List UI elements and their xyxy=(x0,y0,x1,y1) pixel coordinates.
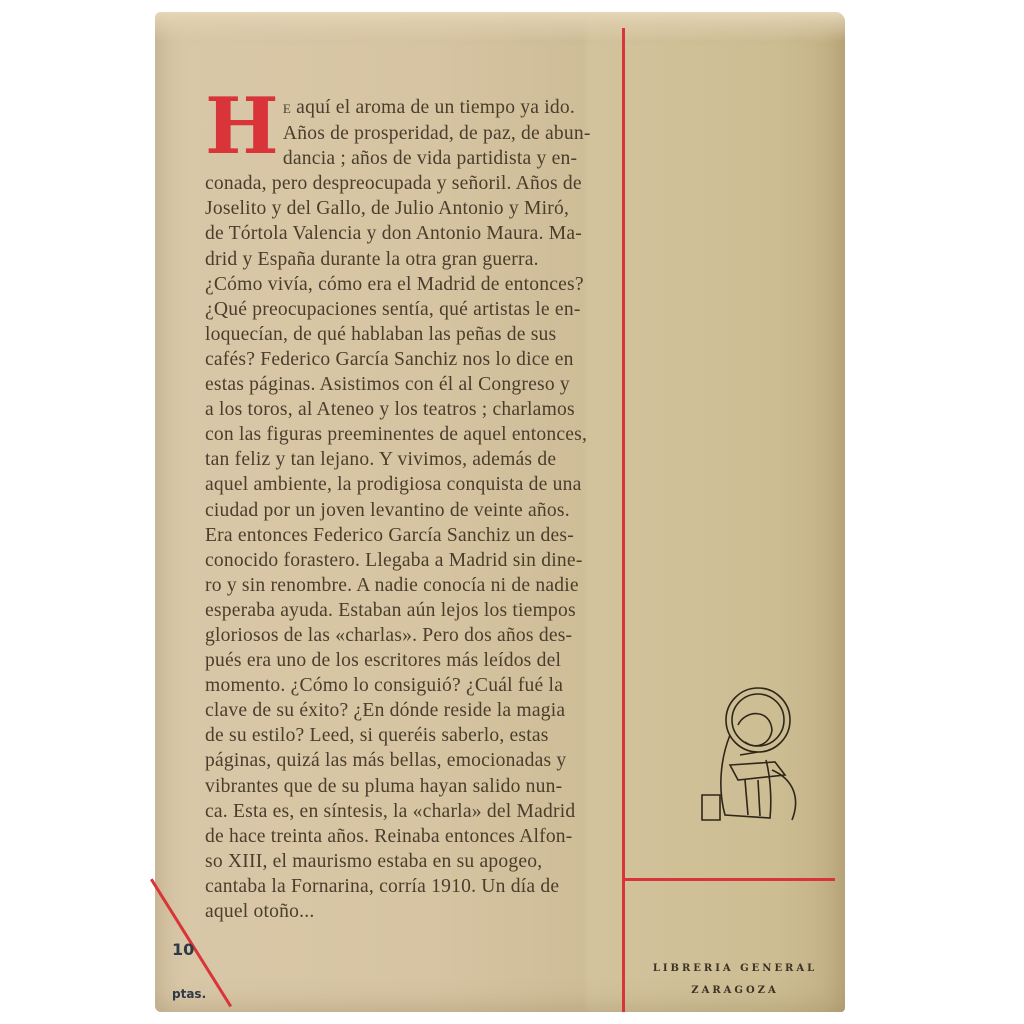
blurb-line: momento. ¿Cómo lo consiguió? ¿Cuál fué l… xyxy=(205,673,615,698)
blurb-line: loquecían, de qué hablaban las peñas de … xyxy=(205,322,615,347)
blurb-line: clave de su éxito? ¿En dónde reside la m… xyxy=(205,698,615,723)
blurb-line: pués era uno de los escritores más leído… xyxy=(205,648,615,673)
blurb-line: Joselito y del Gallo, de Julio Antonio y… xyxy=(205,196,615,221)
blurb-line: vibrantes que de su pluma hayan salido n… xyxy=(205,774,615,799)
publisher-city: ZARAGOZA xyxy=(640,980,830,1002)
blurb-line: esperaba ayuda. Estaban aún lejos los ti… xyxy=(205,598,615,623)
blurb-line: ciudad por un joven levantino de veinte … xyxy=(205,498,615,523)
blurb-text: H E aquí el aroma de un tiempo ya ido. A… xyxy=(205,95,615,924)
blurb-line: gloriosos de las «charlas». Pero dos año… xyxy=(205,623,615,648)
blurb-line: ca. Esta es, en síntesis, la «charla» de… xyxy=(205,799,615,824)
blurb-line: so XIII, el maurismo estaba en su apogeo… xyxy=(205,849,615,874)
blurb-line: drid y España durante la otra gran guerr… xyxy=(205,247,615,272)
price-amount: 10 xyxy=(172,940,194,959)
blurb-line: Era entonces Federico García Sanchiz un … xyxy=(205,523,615,548)
blurb-line: tan feliz y tan lejano. Y vivimos, ademá… xyxy=(205,447,615,472)
blurb-line: cafés? Federico García Sanchiz nos lo di… xyxy=(205,347,615,372)
blurb-line: de Tórtola Valencia y don Antonio Maura.… xyxy=(205,221,615,246)
price-unit: ptas. xyxy=(172,984,206,1004)
blurb-line: ro y sin renombre. A nadie conocía ni de… xyxy=(205,573,615,598)
blurb-line: ¿Qué preocupaciones sentía, qué artistas… xyxy=(205,297,615,322)
publisher-imprint: LIBRERIA GENERAL ZARAGOZA xyxy=(640,958,830,1002)
blurb-line: estas páginas. Asistimos con él al Congr… xyxy=(205,372,615,397)
blurb-line: cantaba la Fornarina, corría 1910. Un dí… xyxy=(205,874,615,899)
red-horizontal-rule xyxy=(625,878,835,881)
blurb-line: ¿Cómo vivía, cómo era el Madrid de enton… xyxy=(205,272,615,297)
price-stamp: 10 ptas. xyxy=(172,940,206,1004)
blurb-line: páginas, quizá las más bellas, emocionad… xyxy=(205,748,615,773)
blurb-line: conocido forastero. Llegaba a Madrid sin… xyxy=(205,548,615,573)
blurb-line: aquel ambiente, la prodigiosa conquista … xyxy=(205,472,615,497)
blurb-line: conada, pero despreocupada y señoril. Añ… xyxy=(205,171,615,196)
scholar-emblem-icon xyxy=(700,680,810,825)
publisher-name: LIBRERIA GENERAL xyxy=(640,958,830,980)
blurb-line: de hace treinta años. Reinaba entonces A… xyxy=(205,824,615,849)
blurb-line: aquel otoño... xyxy=(205,899,615,924)
blurb-line: con las figuras preeminentes de aquel en… xyxy=(205,422,615,447)
blurb-line: de su estilo? Leed, si queréis saberlo, … xyxy=(205,723,615,748)
drop-cap: H xyxy=(205,97,279,157)
blurb-line: a los toros, al Ateneo y los teatros ; c… xyxy=(205,397,615,422)
red-vertical-rule xyxy=(622,28,625,1012)
